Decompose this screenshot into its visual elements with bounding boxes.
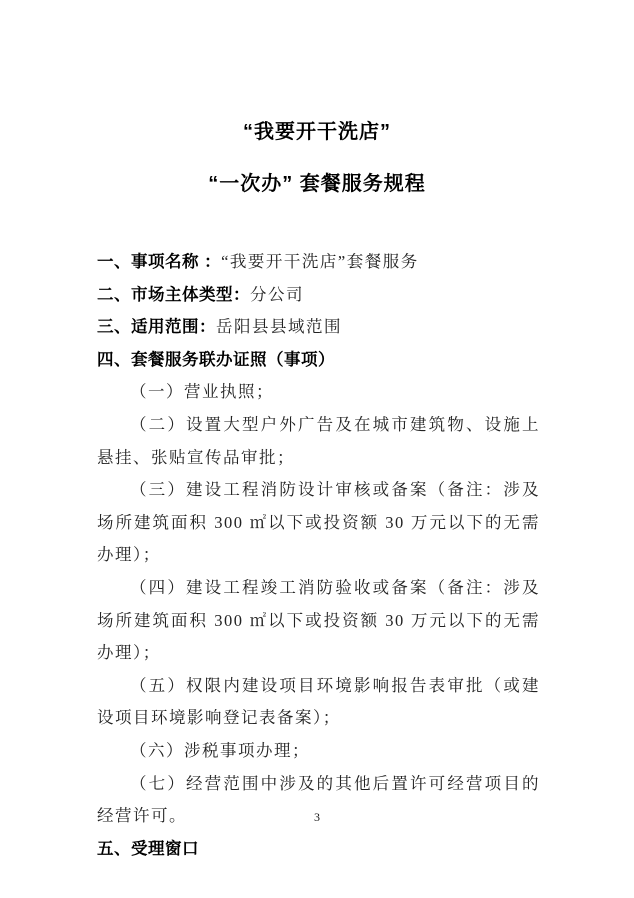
section-heading-1: 一、事项名称 ：“我要开干洗店”套餐服务 xyxy=(97,246,540,279)
section-heading-3: 三、适用范围：岳阳县县域范围 xyxy=(97,311,540,344)
list-item-6: （六）涉税事项办理； xyxy=(97,735,540,768)
document-title: “我要开干洗店” “一次办” 套餐服务规程 xyxy=(0,0,634,196)
section-heading-5: 五、受理窗口 xyxy=(97,833,540,866)
document-body: 一、事项名称 ：“我要开干洗店”套餐服务 二、市场主体类型：分公司 三、适用范围… xyxy=(97,246,540,865)
section-3-value: 岳阳县县域范围 xyxy=(216,317,342,336)
section-1-label: 一、事项名称 ： xyxy=(97,253,221,271)
title-line-2: “一次办” 套餐服务规程 xyxy=(0,172,634,196)
section-heading-4: 四、套餐服务联办证照（事项） xyxy=(97,344,540,377)
section-3-label: 三、适用范围： xyxy=(97,318,216,336)
section-5-label: 五、受理窗口 xyxy=(97,840,199,858)
section-2-label: 二、市场主体类型： xyxy=(97,286,250,304)
list-item-3: （三）建设工程消防设计审核或备案（备注：涉及场所建筑面积 300 ㎡以下或投资额… xyxy=(97,474,540,572)
section-4-label: 四、套餐服务联办证照（事项） xyxy=(97,351,335,369)
section-2-value: 分公司 xyxy=(250,285,304,304)
page-number: 3 xyxy=(0,810,634,825)
section-1-value: “我要开干洗店”套餐服务 xyxy=(221,252,419,271)
list-item-5: （五）权限内建设项目环境影响报告表审批（或建设项目环境影响登记表备案）； xyxy=(97,670,540,735)
document-page: “我要开干洗店” “一次办” 套餐服务规程 一、事项名称 ：“我要开干洗店”套餐… xyxy=(0,0,634,898)
list-item-2: （二）设置大型户外广告及在城市建筑物、设施上悬挂、张贴宣传品审批； xyxy=(97,409,540,474)
section-heading-2: 二、市场主体类型：分公司 xyxy=(97,279,540,312)
list-item-4: （四）建设工程竣工消防验收或备案（备注：涉及场所建筑面积 300 ㎡以下或投资额… xyxy=(97,572,540,670)
list-item-1: （一）营业执照； xyxy=(97,376,540,409)
title-line-1: “我要开干洗店” xyxy=(0,120,634,144)
